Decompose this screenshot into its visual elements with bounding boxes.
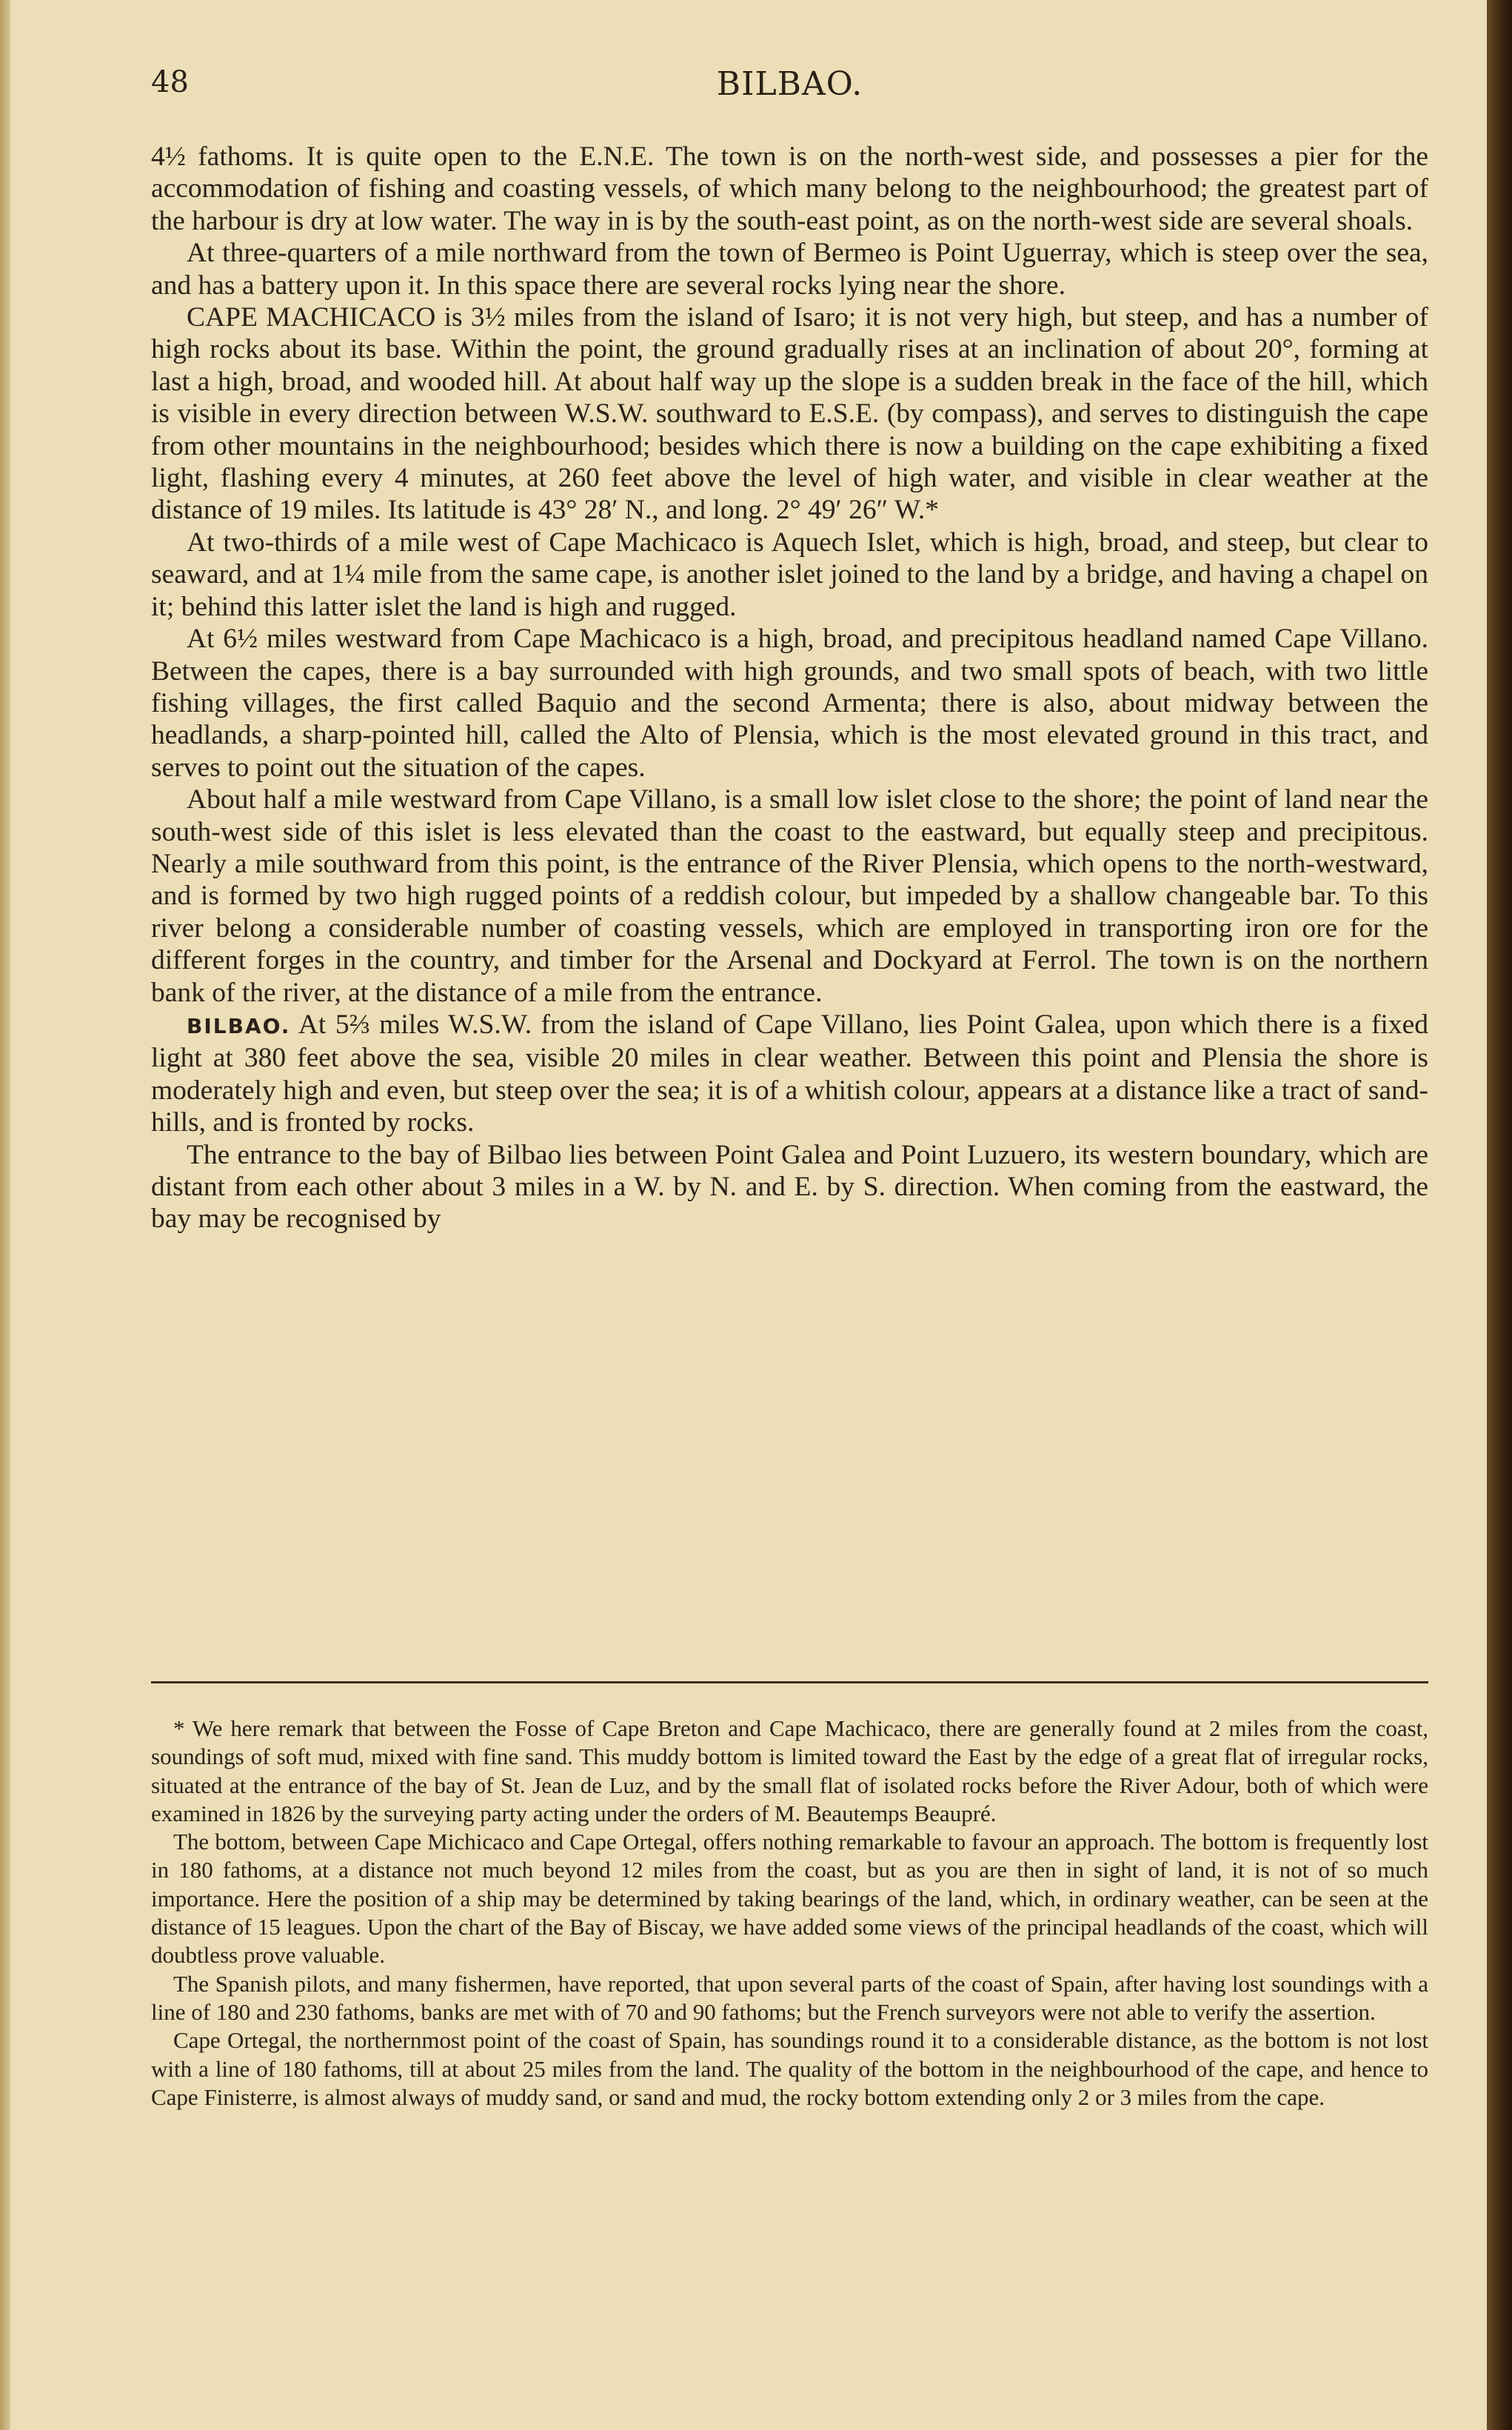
running-title: BILBAO. [151,65,1428,103]
paragraph: At 6½ miles westward from Cape Machicaco… [151,623,1428,784]
book-gutter-edge [0,0,10,2430]
paragraph-text: At 5⅔ miles W.S.W. from the island of Ca… [151,1009,1428,1138]
footnote-divider [151,1681,1428,1683]
paragraph: At three-quarters of a mile northward fr… [151,237,1428,301]
paragraph: 4½ fathoms. It is quite open to the E.N.… [151,141,1428,237]
page-header: 48 BILBAO. [151,65,1428,110]
book-page-edge [1487,0,1512,2430]
paragraph: At two-thirds of a mile west of Cape Mac… [151,527,1428,623]
footnote: Cape Ortegal, the northernmost point of … [151,2026,1428,2112]
paragraph: About half a mile westward from Cape Vil… [151,784,1428,1009]
paragraph: The entrance to the bay of Bilbao lies b… [151,1139,1428,1235]
footnotes: * We here remark that between the Fosse … [151,1715,1428,2112]
footnote: The bottom, between Cape Michicaco and C… [151,1828,1428,1969]
footnote: * We here remark that between the Fosse … [151,1715,1428,1828]
bilbao-paragraph: BILBAO. At 5⅔ miles W.S.W. from the isla… [151,1009,1428,1139]
paragraph: CAPE MACHICACO is 3½ miles from the isla… [151,301,1428,527]
section-sidehead: BILBAO. [187,1014,290,1038]
footnote: The Spanish pilots, and many fishermen, … [151,1970,1428,2027]
body-text: 4½ fathoms. It is quite open to the E.N.… [151,141,1428,1235]
